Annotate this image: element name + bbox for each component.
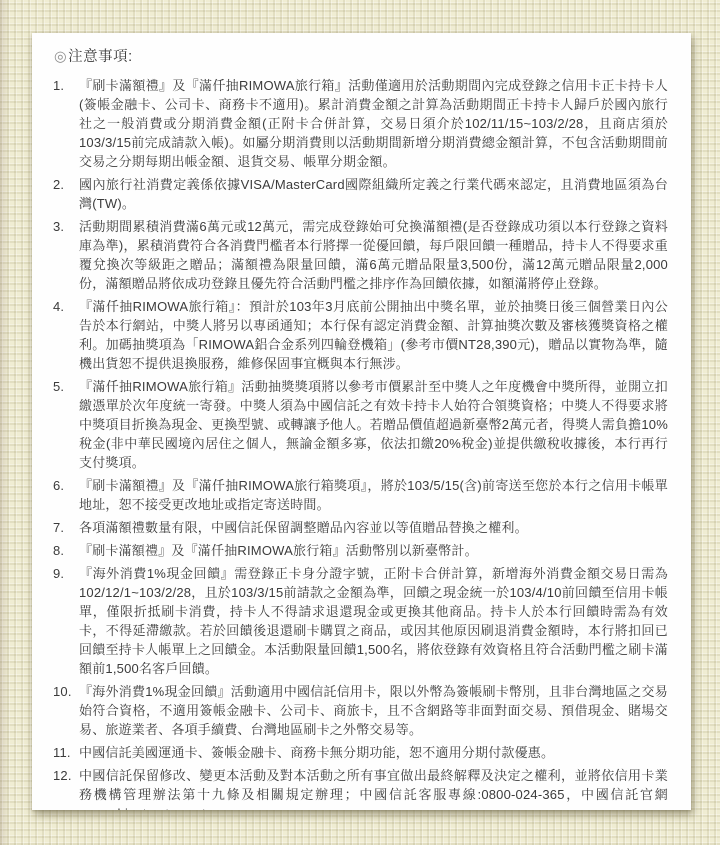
note-item: 5. 『滿仟抽RIMOWA旅行箱』活動抽獎獎項將以參考市價累計至中獎人之年度機會… bbox=[53, 377, 668, 472]
note-item-text: 『滿仟抽RIMOWA旅行箱』活動抽獎獎項將以參考市價累計至中獎人之年度機會中獎所… bbox=[79, 377, 668, 472]
note-item: 4. 『滿仟抽RIMOWA旅行箱』：預計於103年3月底前公開抽出中獎名單，並於… bbox=[53, 297, 668, 373]
note-item: 12. 中國信託保留修改、變更本活動及對本活動之所有事宜做出最終解釋及決定之權利… bbox=[53, 766, 668, 810]
note-item-number: 9. bbox=[53, 564, 79, 583]
note-item-number: 11. bbox=[53, 743, 79, 762]
note-item: 10. 『海外消費1%現金回饋』活動適用中國信託信用卡，限以外幣為簽帳刷卡幣別，… bbox=[53, 682, 668, 739]
note-item: 6. 『刷卡滿額禮』及『滿仟抽RIMOWA旅行箱獎項』，將於103/5/15(含… bbox=[53, 476, 668, 514]
note-item-text: 『刷卡滿額禮』及『滿仟抽RIMOWA旅行箱』活動僅適用於活動期間內完成登錄之信用… bbox=[79, 76, 668, 171]
note-item-text: 中國信託美國運通卡、簽帳金融卡、商務卡無分期功能，恕不適用分期付款優惠。 bbox=[79, 743, 668, 762]
notes-list: 1. 『刷卡滿額禮』及『滿仟抽RIMOWA旅行箱』活動僅適用於活動期間內完成登錄… bbox=[53, 76, 668, 810]
note-item-text: 『刷卡滿額禮』及『滿仟抽RIMOWA旅行箱獎項』，將於103/5/15(含)前寄… bbox=[79, 476, 668, 514]
note-item-number: 2. bbox=[53, 175, 79, 194]
note-item-text: 中國信託保留修改、變更本活動及對本活動之所有事宜做出最終解釋及決定之權利，並將依… bbox=[79, 766, 668, 810]
page-title: ◎注意事項: bbox=[54, 47, 668, 67]
note-item-text: 『海外消費1%現金回饋』活動適用中國信託信用卡，限以外幣為簽帳刷卡幣別，且非台灣… bbox=[79, 682, 668, 739]
note-item: 1. 『刷卡滿額禮』及『滿仟抽RIMOWA旅行箱』活動僅適用於活動期間內完成登錄… bbox=[53, 76, 668, 171]
note-item: 7. 各項滿額禮數量有限，中國信託保留調整贈品內容並以等值贈品替換之權利。 bbox=[53, 518, 668, 537]
note-item-number: 7. bbox=[53, 518, 79, 537]
note-item-number: 8. bbox=[53, 541, 79, 560]
note-item: 8. 『刷卡滿額禮』及『滿仟抽RIMOWA旅行箱』活動幣別以新臺幣計。 bbox=[53, 541, 668, 560]
note-item-number: 4. bbox=[53, 297, 79, 316]
note-item-number: 10. bbox=[53, 682, 79, 701]
note-item-number: 3. bbox=[53, 217, 79, 236]
note-item-text: 活動期間累積消費滿6萬元或12萬元，需完成登錄始可兌換滿額禮(是否登錄成功須以本… bbox=[79, 217, 668, 293]
note-item-text: 『滿仟抽RIMOWA旅行箱』：預計於103年3月底前公開抽出中獎名單，並於抽獎日… bbox=[79, 297, 668, 373]
note-item-number: 1. bbox=[53, 76, 79, 95]
page-title-text: 注意事項: bbox=[68, 49, 133, 65]
note-item-text: 『海外消費1%現金回饋』需登錄正卡身分證字號，正附卡合併計算，新增海外消費金額交… bbox=[79, 564, 668, 678]
note-item: 3. 活動期間累積消費滿6萬元或12萬元，需完成登錄始可兌換滿額禮(是否登錄成功… bbox=[53, 217, 668, 293]
note-item: 11. 中國信託美國運通卡、簽帳金融卡、商務卡無分期功能，恕不適用分期付款優惠。 bbox=[53, 743, 668, 762]
note-item-number: 6. bbox=[53, 476, 79, 495]
note-item: 9. 『海外消費1%現金回饋』需登錄正卡身分證字號，正附卡合併計算，新增海外消費… bbox=[53, 564, 668, 678]
note-item-text: 國內旅行社消費定義係依據VISA/MasterCard國際組織所定義之行業代碼來… bbox=[79, 175, 668, 213]
double-circle-icon: ◎ bbox=[54, 49, 67, 65]
note-item-text: 各項滿額禮數量有限，中國信託保留調整贈品內容並以等值贈品替換之權利。 bbox=[79, 518, 668, 537]
note-item-text: 『刷卡滿額禮』及『滿仟抽RIMOWA旅行箱』活動幣別以新臺幣計。 bbox=[79, 541, 668, 560]
note-item-number: 5. bbox=[53, 377, 79, 396]
note-item: 2. 國內旅行社消費定義係依據VISA/MasterCard國際組織所定義之行業… bbox=[53, 175, 668, 213]
note-item-number: 12. bbox=[53, 766, 79, 785]
canvas-edge-shade bbox=[0, 0, 10, 845]
notes-panel: ◎注意事項: 1. 『刷卡滿額禮』及『滿仟抽RIMOWA旅行箱』活動僅適用於活動… bbox=[32, 33, 691, 810]
